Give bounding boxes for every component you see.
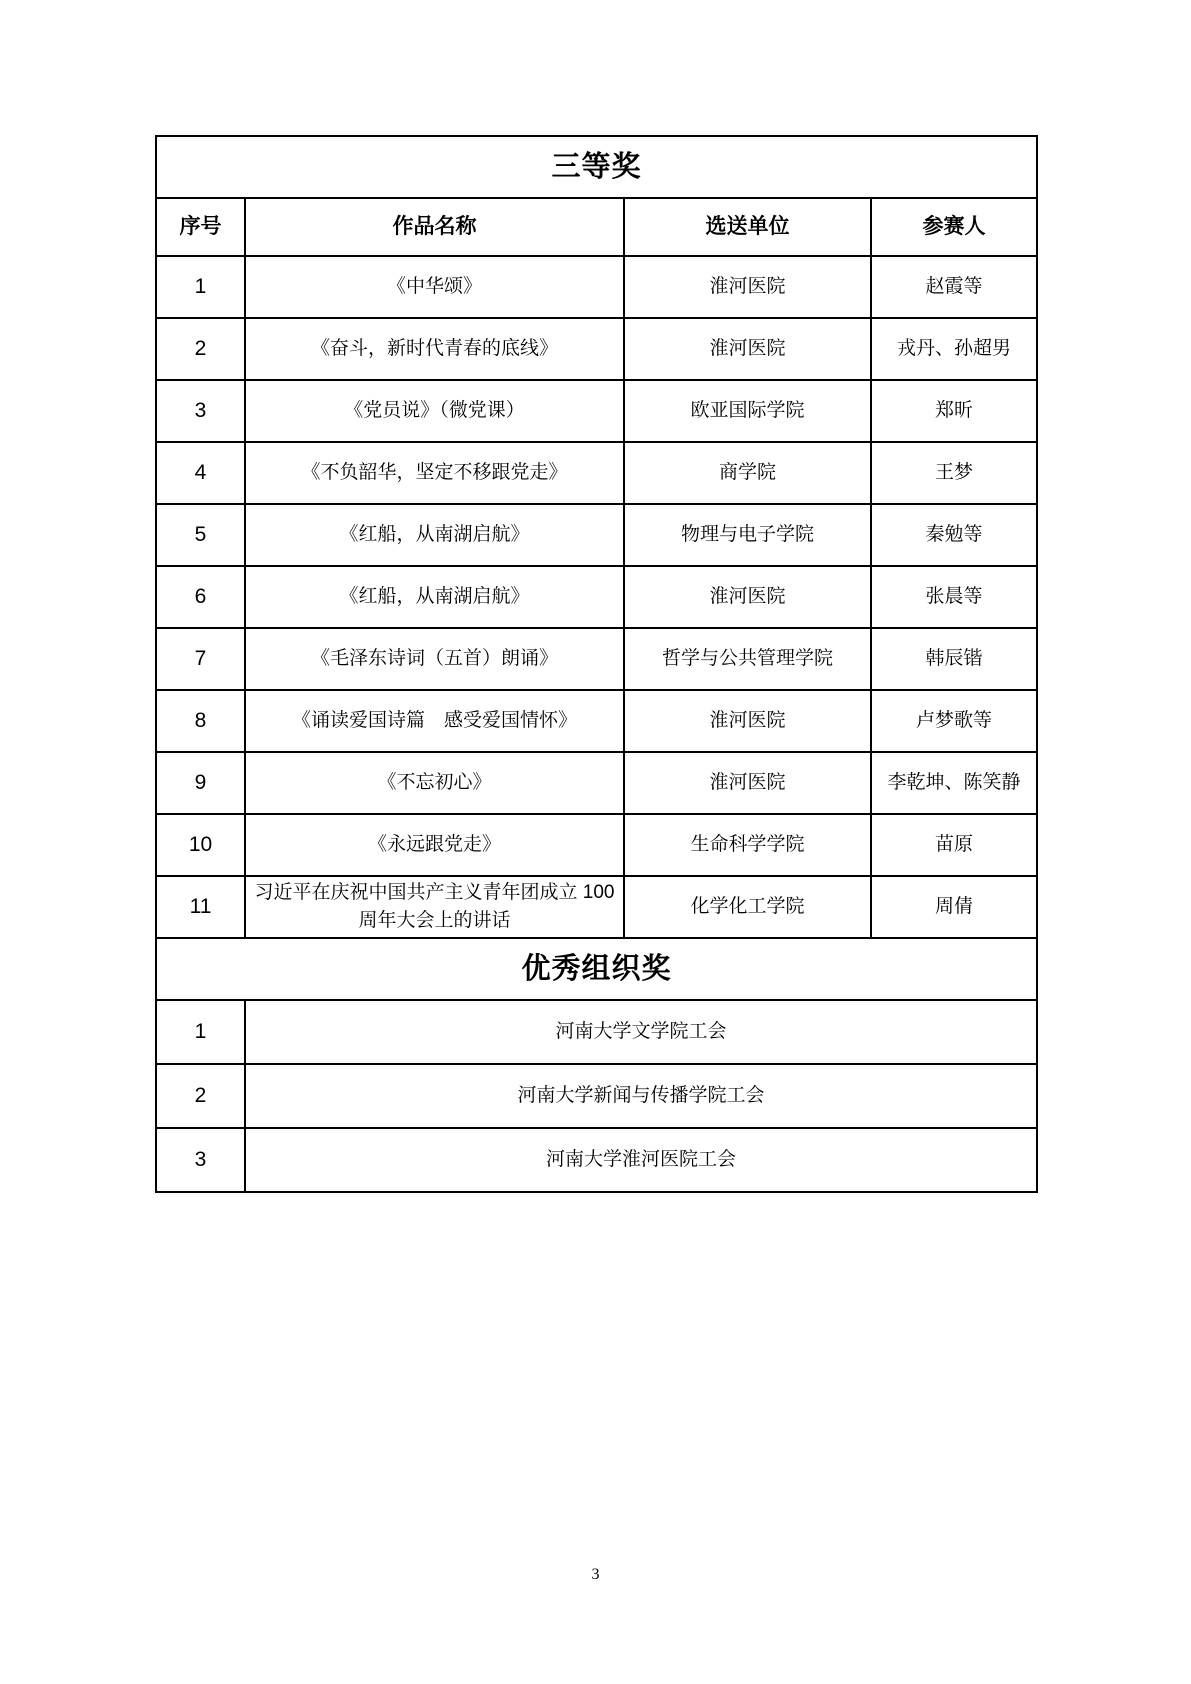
row-no-cell: 3 (156, 380, 245, 442)
org-table-row: 3 河南大学淮河医院工会 (156, 1128, 1037, 1192)
org-name-cell: 河南大学淮河医院工会 (245, 1128, 1037, 1192)
participant-cell: 戎丹、孙超男 (871, 318, 1037, 380)
table-row: 7 《毛泽东诗词（五首）朗诵》 哲学与公共管理学院 韩辰锴 (156, 628, 1037, 690)
table-row: 1 《中华颂》 淮河医院 赵霞等 (156, 256, 1037, 318)
work-title-cell: 《奋斗，新时代青春的底线》 (245, 318, 624, 380)
row-no-cell: 2 (156, 1064, 245, 1128)
table-row: 2 《奋斗，新时代青春的底线》 淮河医院 戎丹、孙超男 (156, 318, 1037, 380)
work-title-cell: 《党员说》（微党课） (245, 380, 624, 442)
participant-cell: 赵霞等 (871, 256, 1037, 318)
table-row: 10 《永远跟党走》 生命科学学院 苗原 (156, 814, 1037, 876)
table-row: 6 《红船，从南湖启航》 淮河医院 张晨等 (156, 566, 1037, 628)
document-page: 三等奖 序号 作品名称 选送单位 参赛人 1 《中华颂》 淮河医院 赵霞等 2 … (0, 0, 1191, 1684)
work-title-cell: 《不忘初心》 (245, 752, 624, 814)
header-participant: 参赛人 (871, 198, 1037, 256)
header-no: 序号 (156, 198, 245, 256)
participant-cell: 秦勉等 (871, 504, 1037, 566)
work-title-cell: 《红船，从南湖启航》 (245, 504, 624, 566)
participant-cell: 苗原 (871, 814, 1037, 876)
row-no-cell: 8 (156, 690, 245, 752)
table-row: 4 《不负韶华，坚定不移跟党走》 商学院 王梦 (156, 442, 1037, 504)
participant-cell: 韩辰锴 (871, 628, 1037, 690)
table-row: 8 《诵读爱国诗篇 感受爱国情怀》 淮河医院 卢梦歌等 (156, 690, 1037, 752)
participant-cell: 李乾坤、陈笑静 (871, 752, 1037, 814)
work-title-cell: 《中华颂》 (245, 256, 624, 318)
unit-cell: 物理与电子学院 (624, 504, 871, 566)
table-row: 11 习近平在庆祝中国共产主义青年团成立 100 周年大会上的讲话 化学化工学院… (156, 876, 1037, 938)
header-unit: 选送单位 (624, 198, 871, 256)
unit-cell: 生命科学学院 (624, 814, 871, 876)
work-title-cell: 《诵读爱国诗篇 感受爱国情怀》 (245, 690, 624, 752)
row-no-cell: 4 (156, 442, 245, 504)
participant-cell: 郑昕 (871, 380, 1037, 442)
section-title: 优秀组织奖 (156, 938, 1037, 1000)
org-table-row: 1 河南大学文学院工会 (156, 1000, 1037, 1064)
unit-cell: 商学院 (624, 442, 871, 504)
unit-cell: 欧亚国际学院 (624, 380, 871, 442)
row-no-cell: 1 (156, 1000, 245, 1064)
unit-cell: 淮河医院 (624, 752, 871, 814)
work-title-cell: 《毛泽东诗词（五首）朗诵》 (245, 628, 624, 690)
participant-cell: 张晨等 (871, 566, 1037, 628)
work-title-cell: 《永远跟党走》 (245, 814, 624, 876)
row-no-cell: 7 (156, 628, 245, 690)
participant-cell: 卢梦歌等 (871, 690, 1037, 752)
row-no-cell: 11 (156, 876, 245, 938)
row-no-cell: 9 (156, 752, 245, 814)
row-no-cell: 5 (156, 504, 245, 566)
table-row: 9 《不忘初心》 淮河医院 李乾坤、陈笑静 (156, 752, 1037, 814)
table-title: 三等奖 (156, 136, 1037, 198)
award-table: 三等奖 序号 作品名称 选送单位 参赛人 1 《中华颂》 淮河医院 赵霞等 2 … (155, 135, 1038, 1193)
unit-cell: 哲学与公共管理学院 (624, 628, 871, 690)
participant-cell: 王梦 (871, 442, 1037, 504)
row-no-cell: 3 (156, 1128, 245, 1192)
unit-cell: 化学化工学院 (624, 876, 871, 938)
row-no-cell: 6 (156, 566, 245, 628)
unit-cell: 淮河医院 (624, 566, 871, 628)
unit-cell: 淮河医院 (624, 256, 871, 318)
table-header-row: 序号 作品名称 选送单位 参赛人 (156, 198, 1037, 256)
header-work: 作品名称 (245, 198, 624, 256)
row-no-cell: 1 (156, 256, 245, 318)
page-number: 3 (0, 1566, 1191, 1584)
row-no-cell: 10 (156, 814, 245, 876)
org-name-cell: 河南大学新闻与传播学院工会 (245, 1064, 1037, 1128)
unit-cell: 淮河医院 (624, 318, 871, 380)
row-no-cell: 2 (156, 318, 245, 380)
section-title-row: 优秀组织奖 (156, 938, 1037, 1000)
table-row: 5 《红船，从南湖启航》 物理与电子学院 秦勉等 (156, 504, 1037, 566)
table-row: 3 《党员说》（微党课） 欧亚国际学院 郑昕 (156, 380, 1037, 442)
participant-cell: 周倩 (871, 876, 1037, 938)
work-title-cell: 《红船，从南湖启航》 (245, 566, 624, 628)
org-table-row: 2 河南大学新闻与传播学院工会 (156, 1064, 1037, 1128)
unit-cell: 淮河医院 (624, 690, 871, 752)
work-title-cell: 《不负韶华，坚定不移跟党走》 (245, 442, 624, 504)
table-title-row: 三等奖 (156, 136, 1037, 198)
org-name-cell: 河南大学文学院工会 (245, 1000, 1037, 1064)
work-title-cell: 习近平在庆祝中国共产主义青年团成立 100 周年大会上的讲话 (245, 876, 624, 938)
